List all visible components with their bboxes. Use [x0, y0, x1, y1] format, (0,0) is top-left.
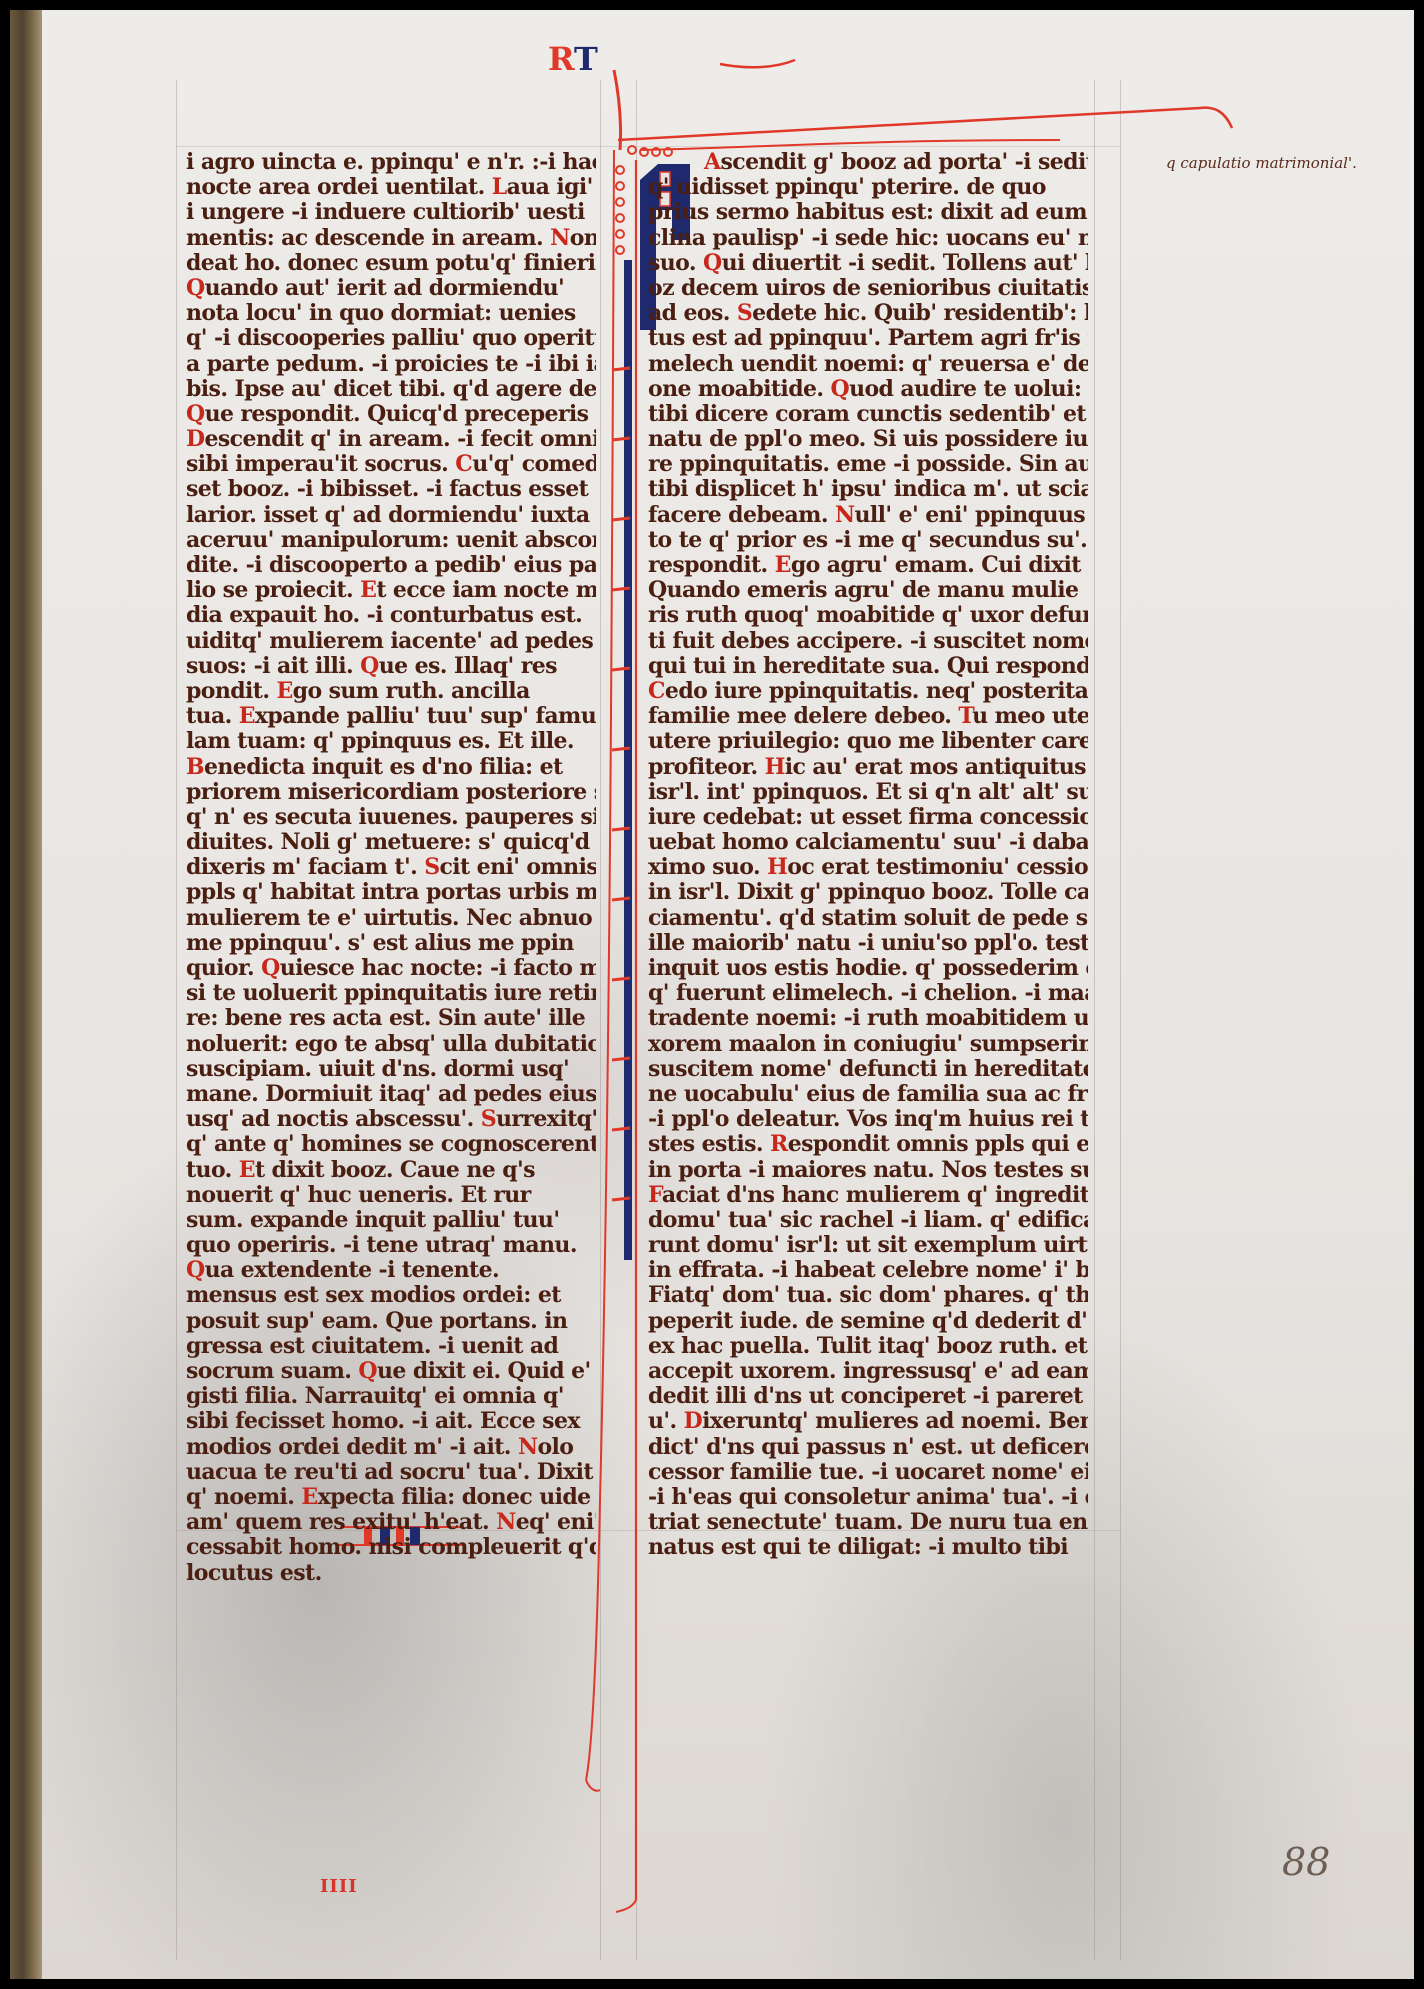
text-line: i ungere -i induere cultiorib' uesti [186, 200, 596, 225]
text-line: q' ante q' homines se cognoscerent mu [186, 1132, 596, 1157]
text-line: bis. Ipse au' dicet tibi. q'd agere debe… [186, 377, 596, 402]
folio-number: 88 [1282, 1840, 1330, 1884]
rubricated-initial: Q [261, 956, 280, 981]
rubricated-initial: Q [703, 251, 722, 276]
rubricated-initial: E [360, 578, 376, 603]
text-line: ppls q' habitat intra portas urbis mee [186, 880, 596, 905]
rubricated-initial: D [186, 427, 204, 452]
text-line: ne uocabulu' eius de familia sua ac frat… [648, 1082, 1088, 1107]
text-column-left: i agro uincta e. ppinqu' e n'r. :-i hacn… [186, 150, 596, 1586]
rubricated-initial: R [770, 1132, 788, 1157]
rubricated-initial: S [481, 1107, 496, 1132]
text-line: locutus est. [186, 1561, 596, 1586]
rubricated-initial: C [455, 452, 472, 477]
text-line: quo operiris. -i tene utraq' manu. [186, 1233, 596, 1258]
text-line: priorem misericordiam posteriore supasti… [186, 780, 596, 805]
text-line: mensus est sex modios ordei: et [186, 1283, 596, 1308]
text-line: runt domu' isr'l: ut sit exemplum uirtut… [648, 1233, 1088, 1258]
text-line: cessor familie tue. -i uocaret nome' ei'… [648, 1460, 1088, 1485]
text-line: tibi displicet h' ipsu' indica m'. ut sc… [648, 477, 1088, 502]
text-line: uebat homo calciamentu' suu' -i dabat pr… [648, 830, 1088, 855]
text-line: to te q' prior es -i me q' secundus su'.… [648, 528, 1088, 553]
rubricated-initial: C [648, 679, 665, 704]
text-line: re ppinquitatis. eme -i posside. Sin aut… [648, 452, 1088, 477]
text-line: mane. Dormiuit itaq' ad pedes eius [186, 1082, 596, 1107]
text-line: ad eos. Sedete hic. Quib' residentib': l… [648, 301, 1088, 326]
text-line: Fiatq' dom' tua. sic dom' phares. q' tha… [648, 1283, 1088, 1308]
text-line: dia expauit ho. -i conturbatus est. [186, 603, 596, 628]
text-line: a parte pedum. -i proicies te -i ibi iac… [186, 352, 596, 377]
rubricated-initial: D [684, 1409, 702, 1434]
text-line: i agro uincta e. ppinqu' e n'r. :-i hac [186, 150, 596, 175]
rubricated-initial: Q [360, 654, 379, 679]
text-line: in effrata. -i habeat celebre nome' i' b… [648, 1258, 1088, 1283]
text-line: me ppinquu'. s' est alius me ppin [186, 931, 596, 956]
rubricated-initial: E [276, 679, 292, 704]
text-line: dixeris m' faciam t'. Scit eni' omnis [186, 855, 596, 880]
text-line: posuit sup' eam. Que portans. in [186, 1309, 596, 1334]
rubricated-initial: N [518, 1435, 538, 1460]
rubricated-initial: L [492, 175, 507, 200]
text-line: suscitem nome' defuncti in hereditate su… [648, 1057, 1088, 1082]
rubricated-initial: Q [186, 1258, 205, 1283]
text-line: Faciat d'ns hanc mulierem q' ingreditur [648, 1183, 1088, 1208]
text-line: re: bene res acta est. Sin aute' ille [186, 1006, 596, 1031]
text-line: domu' tua' sic rachel -i liam. q' edific… [648, 1208, 1088, 1233]
text-line: q' noemi. Expecta filia: donec uide [186, 1485, 596, 1510]
rubricated-initial: Q [831, 377, 850, 402]
text-line: mentis: ac descende in aream. Non te ui [186, 226, 596, 251]
text-line: clina paulisp' -i sede hic: uocans eu' n… [648, 226, 1088, 251]
quire-mark: IIII [320, 1876, 358, 1897]
text-line: familie mee delere debeo. Tu meo utere [648, 704, 1088, 729]
text-line: oz decem uiros de senioribus ciuitatis: … [648, 276, 1088, 301]
text-line: diuites. Noli g' metuere: s' quicq'd [186, 830, 596, 855]
text-line: Que respondit. Quicq'd preceperis faciam… [186, 402, 596, 427]
text-line: socrum suam. Que dixit ei. Quid e' [186, 1359, 596, 1384]
text-line: sum. expande inquit palliu' tuu' [186, 1208, 596, 1233]
text-line: uacua te reu'ti ad socru' tua'. Dixit [186, 1460, 596, 1485]
text-line: stes estis. Respondit omnis ppls qui era… [648, 1132, 1088, 1157]
text-line: natus est qui te diligat: -i multo tibi [648, 1535, 1088, 1560]
text-line: qui tui in hereditate sua. Qui respondit… [648, 654, 1088, 679]
text-line: mulierem te e' uirtutis. Nec abnuo [186, 906, 596, 931]
rubricated-initial: Q [358, 1359, 377, 1384]
text-line: q' fuerunt elimelech. -i chelion. -i maa… [648, 981, 1088, 1006]
text-line: ciamentu'. q'd statim soluit de pede suo… [648, 906, 1088, 931]
text-line: one moabitide. Quod audire te uolui: et [648, 377, 1088, 402]
text-line: aceruu' manipulorum: uenit abscon [186, 528, 596, 553]
text-line: quior. Quiesce hac nocte: -i facto mane [186, 956, 596, 981]
text-line: dedit illi d'ns ut conciperet -i pareret… [648, 1384, 1088, 1409]
rubricated-initial: Q [186, 402, 205, 427]
rubricated-initial: B [186, 755, 204, 780]
text-line: ris ruth quoq' moabitide q' uxor defunc [648, 603, 1088, 628]
text-line: in isr'l. Dixit g' ppinquo booz. Tolle c… [648, 880, 1088, 905]
text-line: nota locu' in quo dormiat: uenies [186, 301, 596, 326]
text-line: gressa est ciuitatem. -i uenit ad [186, 1334, 596, 1359]
text-line: dict' d'ns qui passus n' est. ut deficer… [648, 1435, 1088, 1460]
text-line: ximo suo. Hoc erat testimoniu' cessionis [648, 855, 1088, 880]
text-line: sibi fecisset homo. -i ait. Ecce sex [186, 1409, 596, 1434]
text-line: tuo. Et dixit booz. Caue ne q's [186, 1158, 596, 1183]
text-line: Cedo iure ppinquitatis. neq' posteritate… [648, 679, 1088, 704]
margin-annotation: q capulatio matrimonial'. [1166, 154, 1357, 172]
text-line: utere priuilegio: quo me libenter carere [648, 729, 1088, 754]
text-line: tus est ad ppinquu'. Partem agri fr'is n… [648, 326, 1088, 351]
rubricated-initial: N [835, 503, 855, 528]
text-line: set booz. -i bibisset. -i factus esset h… [186, 477, 596, 502]
text-line: ti fuit debes accipere. -i suscitet nome… [648, 629, 1088, 654]
text-line: suscipiam. uiuit d'ns. dormi usq' [186, 1057, 596, 1082]
rubricated-initial: S [424, 855, 439, 880]
text-line: facere debeam. Null' e' eni' ppinquus ex… [648, 503, 1088, 528]
text-line: ex hac puella. Tulit itaq' booz ruth. et [648, 1334, 1088, 1359]
text-line: pondit. Ego sum ruth. ancilla [186, 679, 596, 704]
text-line: dite. -i discooperto a pedib' eius pal [186, 553, 596, 578]
text-line: Quando aut' ierit ad dormiendu' [186, 276, 596, 301]
text-line: q' n' es secuta iuuenes. pauperes siue [186, 805, 596, 830]
text-line: u'. Dixeruntq' mulieres ad noemi. Bene [648, 1409, 1088, 1434]
text-line: lam tuam: q' ppinquus es. Et ille. [186, 729, 596, 754]
text-line: gisti filia. Narrauitq' ei omnia q' [186, 1384, 596, 1409]
text-line: q' uidisset ppinqu' pterire. de quo [648, 175, 1088, 200]
text-line: deat ho. donec esum potu'q' finierit. [186, 251, 596, 276]
rubricated-initial: N [550, 226, 570, 251]
text-line: nouerit q' huc ueneris. Et rur [186, 1183, 596, 1208]
text-line: -i ppl'o deleatur. Vos inq'm huius rei t… [648, 1107, 1088, 1132]
text-line: uiditq' mulierem iacente' ad pedes [186, 629, 596, 654]
text-line: larior. isset q' ad dormiendu' iuxta [186, 503, 596, 528]
rubricated-initial: E [239, 704, 255, 729]
text-line: nocte area ordei uentilat. Laua igi' [186, 175, 596, 200]
text-line: si te uoluerit ppinquitatis iure retine [186, 981, 596, 1006]
rubricated-initial: E [239, 1158, 255, 1183]
text-line: q' -i discooperies palliu' quo operitur. [186, 326, 596, 351]
text-line: Descendit q' in aream. -i fecit omnia q' [186, 427, 596, 452]
text-line: modios ordei dedit m' -i ait. Nolo [186, 1435, 596, 1460]
rubricated-initial: E [775, 553, 791, 578]
rubricated-initial: F [648, 1183, 662, 1208]
text-line: tibi dicere coram cunctis sedentib' et m… [648, 402, 1088, 427]
text-line: noluerit: ego te absq' ulla dubitatione [186, 1032, 596, 1057]
text-line: accepit uxorem. ingressusq' e' ad eam: [648, 1359, 1088, 1384]
text-line: am' quem res exitu' h'eat. Neq' eni' [186, 1510, 596, 1535]
rubricated-initial: T [958, 704, 972, 729]
text-line: sibi imperau'it socrus. Cu'q' comedis [186, 452, 596, 477]
text-line: ille maiorib' natu -i uniu'so ppl'o. tes… [648, 931, 1088, 956]
rubricated-initial: A [704, 150, 720, 175]
text-line: Benedicta inquit es d'no filia: et [186, 755, 596, 780]
text-line: Qua extendente -i tenente. [186, 1258, 596, 1283]
text-line: natu de ppl'o meo. Si uis possidere iu [648, 427, 1088, 452]
text-line: cessabit homo. nisi compleuerit q'd [186, 1535, 596, 1560]
text-line: suo. Qui diuertit -i sedit. Tollens aut'… [648, 251, 1088, 276]
text-line: tradente noemi: -i ruth moabitidem u [648, 1006, 1088, 1031]
text-line: in porta -i maiores natu. Nos testes sum… [648, 1158, 1088, 1183]
text-line: Quando emeris agru' de manu mulie [648, 578, 1088, 603]
text-line: Ascendit g' booz ad porta' -i sedit ibi.… [648, 150, 1088, 175]
text-column-right: Ascendit g' booz ad porta' -i sedit ibi.… [648, 150, 1088, 1561]
text-line: melech uendit noemi: q' reuersa e' de re… [648, 352, 1088, 377]
text-line: profiteor. Hic au' erat mos antiquitus i… [648, 755, 1088, 780]
text-line: usq' ad noctis abscessu'. Surrexitq' [186, 1107, 596, 1132]
rubricated-initial: Q [186, 276, 205, 301]
rubricated-initial: S [737, 301, 752, 326]
rubricated-initial: H [767, 855, 787, 880]
text-line: isr'l. int' ppinquos. Et si q'n alt' alt… [648, 780, 1088, 805]
text-line: triat senectute' tuam. De nuru tua eni' [648, 1510, 1088, 1535]
text-line: suos: -i ait illi. Que es. Illaq' res [186, 654, 596, 679]
text-line: peperit iude. de semine q'd dederit d'ns… [648, 1309, 1088, 1334]
text-line: xorem maalon in coniugiu' sumpserim. ut [648, 1032, 1088, 1057]
text-line: inquit uos estis hodie. q' possederim om… [648, 956, 1088, 981]
text-line: -i h'eas qui consoletur anima' tua'. -i … [648, 1485, 1088, 1510]
text-line: respondit. Ego agru' emam. Cui dixit boo… [648, 553, 1088, 578]
text-line: lio se proiecit. Et ecce iam nocte me [186, 578, 596, 603]
rubricated-initial: H [765, 755, 785, 780]
rubricated-initial: N [496, 1510, 516, 1535]
text-line: iure cedebat: ut esset firma concessio. … [648, 805, 1088, 830]
rubricated-initial: E [301, 1485, 317, 1510]
text-line: tua. Expande palliu' tuu' sup' famu [186, 704, 596, 729]
text-line: prius sermo habitus est: dixit ad eum. D… [648, 200, 1088, 225]
